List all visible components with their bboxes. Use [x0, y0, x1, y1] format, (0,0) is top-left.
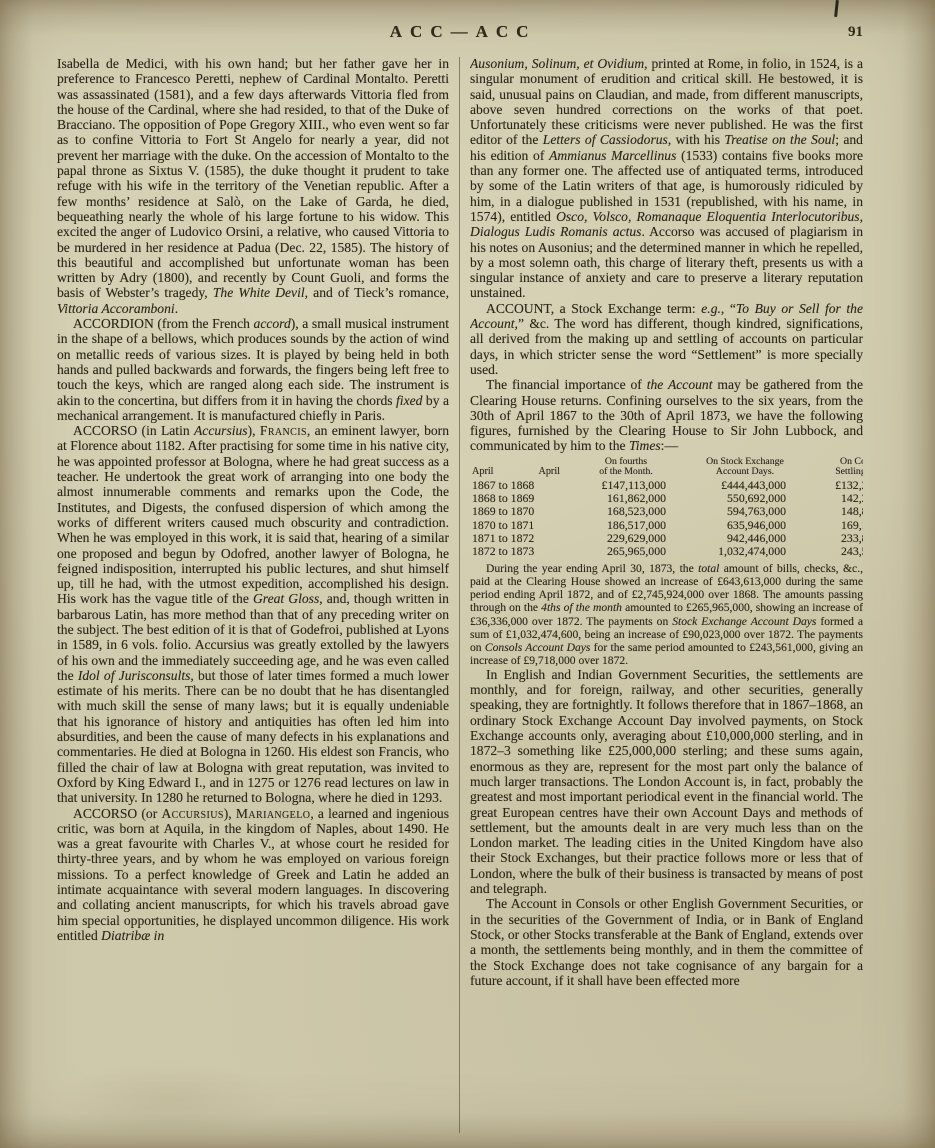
table-header-april: AprilApril: [470, 457, 570, 479]
body-text: ),: [248, 423, 260, 438]
period-cell: 1869 to 1870: [470, 505, 570, 518]
table-column-header: On fourthsof the Month.: [570, 457, 682, 479]
body-text: ACCORDION (from the French: [73, 316, 254, 331]
italic-text: Vittoria Accoramboni: [57, 301, 175, 316]
amount-cell: 233,843,000: [808, 532, 863, 545]
paragraph-clearing-house-intro: The financial importance of the Account …: [470, 377, 863, 453]
clearing-house-table: AprilAprilOn fourthsof the Month.On Stoc…: [470, 457, 863, 558]
italic-text: e.g.: [701, 301, 721, 316]
body-text: , “: [721, 301, 736, 316]
body-text: .: [175, 301, 178, 316]
scanned-page: { "page": { "header_title": "ACC—ACC", "…: [0, 0, 935, 1148]
body-text: , with his: [668, 132, 725, 147]
table-column-header: On ConsolsSettling Days.: [808, 457, 863, 479]
header-title: ACC—ACC: [390, 22, 537, 42]
body-text: The Account in Consols or other English …: [470, 896, 863, 987]
right-text-column: Ausonium, Solinum, et Ovidium, printed a…: [470, 56, 863, 1136]
table-row: 1872 to 1873265,965,0001,032,474,000243,…: [470, 545, 863, 558]
paragraph-accordion: ACCORDION (from the French accord), a sm…: [57, 316, 449, 423]
body-text: , an eminent lawyer, born at Florence ab…: [57, 423, 449, 606]
body-text: ACCORSO (or: [73, 806, 161, 821]
amount-cell: 229,629,000: [570, 532, 682, 545]
paragraph-settlements: In English and Indian Government Securit…: [470, 667, 863, 896]
body-text: In English and Indian Government Securit…: [470, 667, 863, 896]
paragraph-consols-account: The Account in Consols or other English …: [470, 896, 863, 988]
smallcaps-text: Accursius: [161, 806, 223, 821]
italic-text: Letters of Cassiodorus: [543, 132, 668, 147]
paragraph-accorso-mariangelo: ACCORSO (or Accursius), Mariangelo, a le…: [57, 806, 449, 944]
italic-text: Ammianus Marcellinus: [549, 148, 676, 163]
paragraph-accorso-continued: Ausonium, Solinum, et Ovidium, printed a…: [470, 56, 863, 301]
table-column-header: On Stock ExchangeAccount Days.: [682, 457, 808, 479]
italic-text: The White Devil: [213, 285, 305, 300]
running-header: ACC—ACC 91: [0, 22, 935, 52]
italic-text: Accursius: [194, 423, 248, 438]
paragraph-account-definition: ACCOUNT, a Stock Exchange term: e.g., “T…: [470, 301, 863, 377]
page-number: 91: [848, 24, 863, 41]
amount-cell: 186,517,000: [570, 519, 682, 532]
italic-text: fixed: [396, 393, 422, 408]
paragraph-vittoria-accoramboni: Isabella de Medici, with his own hand; b…: [57, 56, 449, 316]
period-cell: 1870 to 1871: [470, 519, 570, 532]
amount-cell: 168,523,000: [570, 505, 682, 518]
body-text: , and of Tieck’s romance,: [305, 285, 449, 300]
italic-text: Stock Exchange Account Days: [672, 615, 816, 628]
paragraph-clearing-house-detail: During the year ending April 30, 1873, t…: [470, 562, 863, 667]
amount-cell: 942,446,000: [682, 532, 808, 545]
smallcaps-text: Francis: [260, 423, 307, 438]
table-row: 1871 to 1872229,629,000942,446,000233,84…: [470, 532, 863, 545]
left-text-column: Isabella de Medici, with his own hand; b…: [57, 56, 449, 1136]
italic-text: Idol of Jurisconsults: [78, 668, 191, 683]
amount-cell: 265,965,000: [570, 545, 682, 558]
paragraph-accorso-francis: ACCORSO (in Latin Accursius), Francis, a…: [57, 423, 449, 805]
body-text: :—: [661, 438, 678, 453]
amount-cell: 594,763,000: [682, 505, 808, 518]
body-text: During the year ending April 30, 1873, t…: [486, 562, 698, 575]
pen-mark: [834, 0, 839, 17]
period-cell: 1871 to 1872: [470, 532, 570, 545]
italic-text: accord: [254, 316, 291, 331]
body-text: , a learned and ingenious critic, was bo…: [57, 806, 449, 943]
italic-text: total: [698, 562, 719, 575]
italic-text: Times: [629, 438, 661, 453]
smallcaps-text: Mariangelo: [236, 806, 310, 821]
table-row: 1870 to 1871186,517,000635,946,000169,14…: [470, 519, 863, 532]
amount-cell: 169,141,000: [808, 519, 863, 532]
body-text: ),: [224, 806, 236, 821]
body-text: The financial importance of: [486, 377, 647, 392]
amount-cell: 1,032,474,000: [682, 545, 808, 558]
period-cell: 1872 to 1873: [470, 545, 570, 558]
body-text: , but those of later times formed a much…: [57, 668, 449, 805]
italic-text: Great Gloss: [253, 591, 319, 606]
italic-text: Treatise on the Soul: [724, 132, 835, 147]
column-divider: [459, 57, 460, 1133]
amount-cell: 148,822,000: [808, 505, 863, 518]
italic-text: Ausonium, Solinum, et Ovidium: [470, 56, 644, 71]
amount-cell: 635,946,000: [682, 519, 808, 532]
body-text: Isabella de Medici, with his own hand; b…: [57, 56, 449, 300]
body-text: ” &c. The word has different, though kin…: [470, 316, 863, 377]
italic-text: Consols Account Days: [485, 641, 591, 654]
amount-cell: 243,561,000: [808, 545, 863, 558]
italic-text: the Account: [647, 377, 713, 392]
italic-text: Diatribæ in: [101, 928, 164, 943]
italic-text: 4ths of the month: [541, 601, 622, 614]
body-text: ACCOUNT, a Stock Exchange term:: [486, 301, 701, 316]
body-text: ACCORSO (in Latin: [73, 423, 194, 438]
table-row: 1869 to 1870168,523,000594,763,000148,82…: [470, 505, 863, 518]
